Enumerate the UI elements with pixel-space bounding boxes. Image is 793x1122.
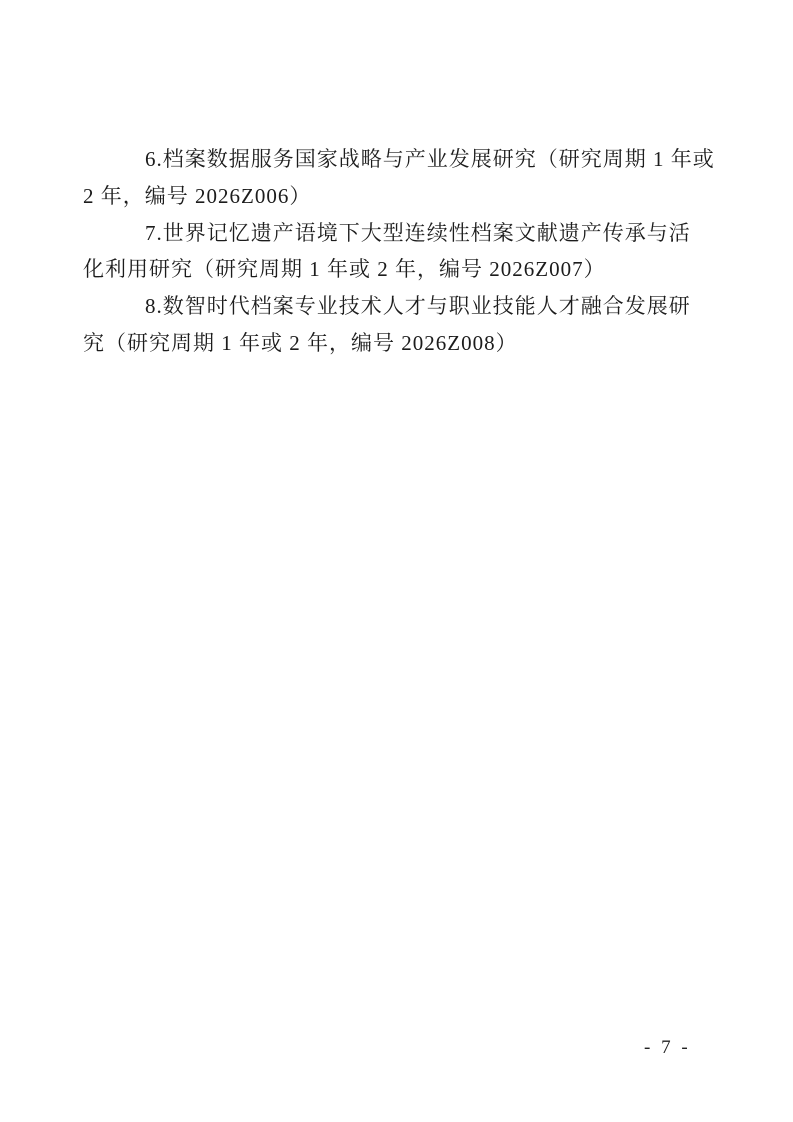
text-line: 2 年，编号 2026Z006） bbox=[83, 178, 713, 215]
text-line: 7.世界记忆遗产语境下大型连续性档案文献遗产传承与活 bbox=[83, 215, 713, 252]
text-line: 究（研究周期 1 年或 2 年，编号 2026Z008） bbox=[83, 325, 713, 362]
list-item-7: 7.世界记忆遗产语境下大型连续性档案文献遗产传承与活 化利用研究（研究周期 1 … bbox=[83, 215, 713, 289]
text-line: 6.档案数据服务国家战略与产业发展研究（研究周期 1 年或 bbox=[83, 141, 713, 178]
page-number: - 7 - bbox=[644, 1038, 691, 1058]
list-item-8: 8.数智时代档案专业技术人才与职业技能人才融合发展研 究（研究周期 1 年或 2… bbox=[83, 288, 713, 362]
list-item-6: 6.档案数据服务国家战略与产业发展研究（研究周期 1 年或 2 年，编号 202… bbox=[83, 141, 713, 215]
document-page: 6.档案数据服务国家战略与产业发展研究（研究周期 1 年或 2 年，编号 202… bbox=[0, 0, 793, 1122]
text-line: 化利用研究（研究周期 1 年或 2 年，编号 2026Z007） bbox=[83, 251, 713, 288]
document-body: 6.档案数据服务国家战略与产业发展研究（研究周期 1 年或 2 年，编号 202… bbox=[83, 141, 713, 362]
text-line: 8.数智时代档案专业技术人才与职业技能人才融合发展研 bbox=[83, 288, 713, 325]
